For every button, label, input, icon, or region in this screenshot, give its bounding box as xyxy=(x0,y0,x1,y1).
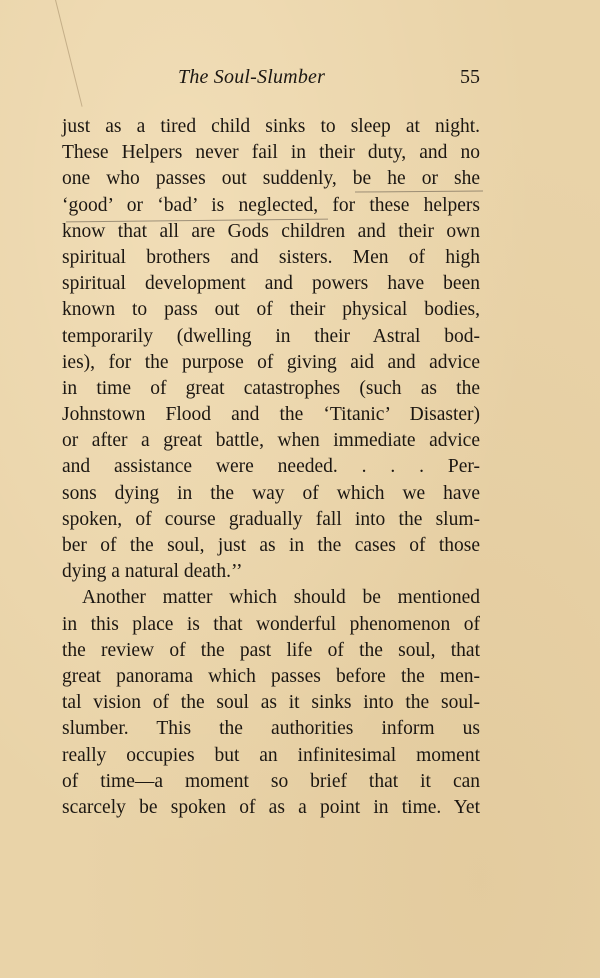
text-line: and assistance were needed. . . . Per- xyxy=(62,454,480,480)
running-head: The Soul-Slumber 55 xyxy=(62,66,480,96)
text-line: just as a tired child sinks to sleep at … xyxy=(62,114,480,140)
text-line: the review of the past life of the soul,… xyxy=(62,638,480,664)
text-line: of time—a moment so brief that it can xyxy=(62,769,480,795)
book-page: The Soul-Slumber 55 just as a tired chil… xyxy=(0,0,600,978)
text-line: Another matter which should be mentioned xyxy=(62,585,480,611)
text-line: known to pass out of their physical bodi… xyxy=(62,297,480,323)
text-line: Johnstown Flood and the ‘Titanic’ Disast… xyxy=(62,402,480,428)
text-line: spiritual brothers and sisters. Men of h… xyxy=(62,245,480,271)
text-line: one who passes out suddenly, be he or sh… xyxy=(62,166,480,192)
text-line: slumber. This the authorities inform us xyxy=(62,716,480,742)
text-line: really occupies but an infinitesimal mom… xyxy=(62,743,480,769)
text-line: in this place is that wonderful phenomen… xyxy=(62,612,480,638)
text-line: tal vision of the soul as it sinks into … xyxy=(62,690,480,716)
text-line: or after a great battle, when immediate … xyxy=(62,428,480,454)
page-number: 55 xyxy=(460,66,480,89)
text-line: spoken, of course gradually fall into th… xyxy=(62,507,480,533)
text-line: temporarily (dwelling in their Astral bo… xyxy=(62,324,480,350)
text-line: These Helpers never fail in their duty, … xyxy=(62,140,480,166)
text-line: ber of the soul, just as in the cases of… xyxy=(62,533,480,559)
text-line: ‘good’ or ‘bad’ is neglected, for these … xyxy=(62,193,480,219)
text-line: spiritual development and powers have be… xyxy=(62,271,480,297)
text-line: scarcely be spoken of as a point in time… xyxy=(62,795,480,821)
text-line: ies), for the purpose of giving aid and … xyxy=(62,350,480,376)
text-line: great panorama which passes before the m… xyxy=(62,664,480,690)
chapter-title: The Soul-Slumber xyxy=(178,66,325,89)
text-line: dying a natural death.’’ xyxy=(62,559,480,585)
text-line: sons dying in the way of which we have xyxy=(62,481,480,507)
text-line: in time of great catastrophes (such as t… xyxy=(62,376,480,402)
text-line: know that all are Gods children and thei… xyxy=(62,219,480,245)
